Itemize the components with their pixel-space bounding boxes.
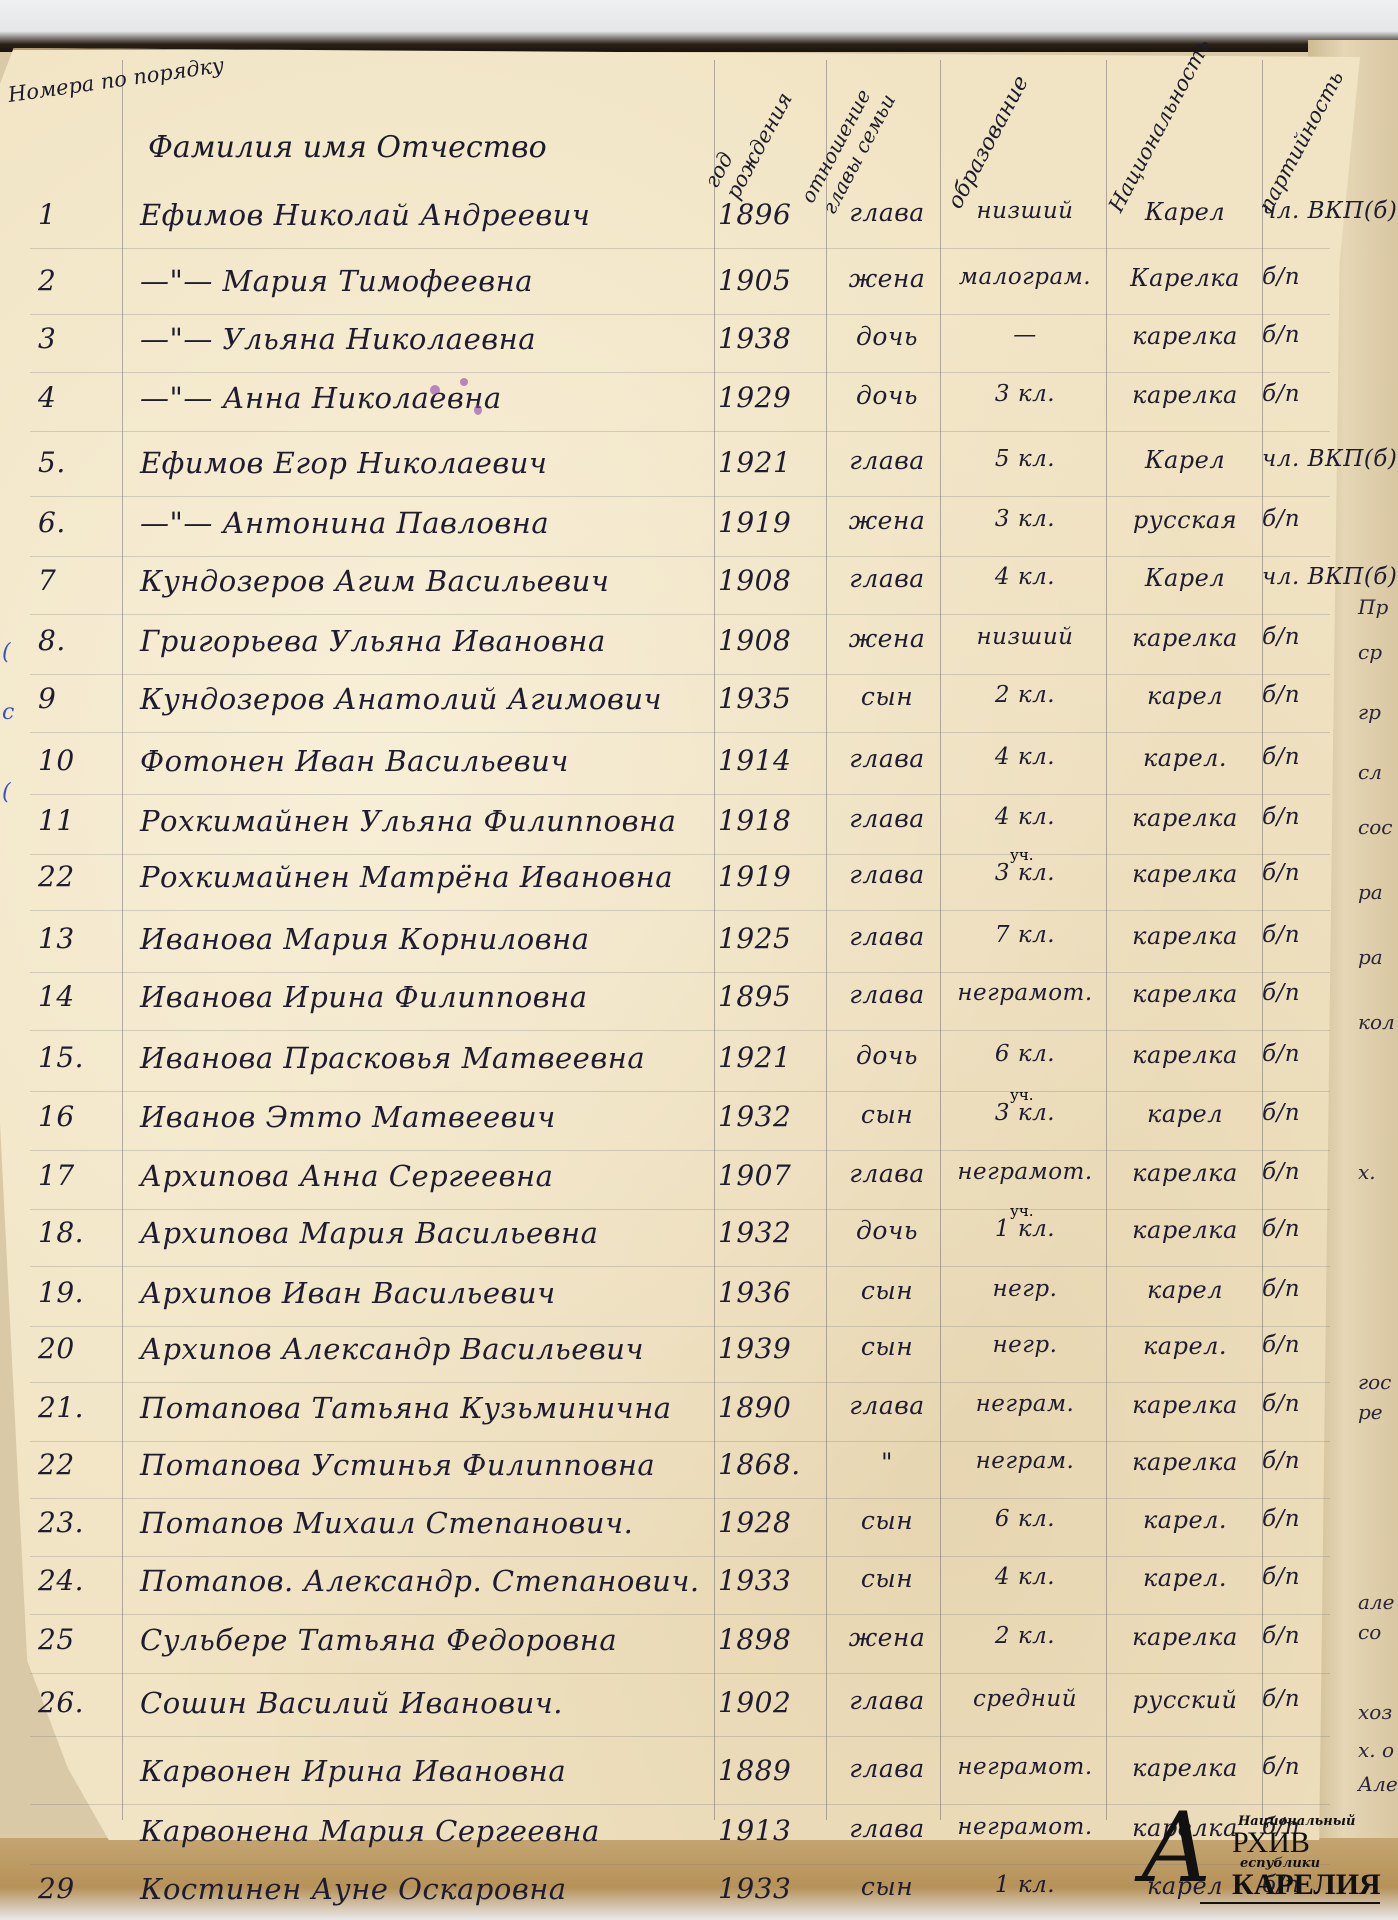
row-rule — [30, 431, 1330, 432]
nationality: карелка — [1110, 980, 1260, 1008]
table-row: 23.Потапов Михаил Степанович.1928сын6 кл… — [0, 1500, 1360, 1554]
person-name: Потапов Михаил Степанович. — [140, 1506, 710, 1540]
person-name: Кундозеров Агим Васильевич — [140, 564, 710, 598]
birth-year: 1935 — [718, 682, 818, 715]
row-number: 13 — [38, 922, 118, 955]
relation-to-head: сын — [832, 682, 942, 711]
education-note: уч. — [1010, 1086, 1034, 1104]
party-membership: б/п — [1262, 1332, 1362, 1358]
row-number: 1 — [38, 198, 118, 231]
nationality: карелка — [1110, 381, 1260, 409]
nationality: карелка — [1110, 860, 1260, 888]
margin-note-fragment: але — [1358, 1590, 1395, 1614]
person-name: Архипов Александр Васильевич — [140, 1332, 710, 1366]
row-number: 22 — [38, 860, 118, 893]
person-name: Архипова Мария Васильевна — [140, 1216, 710, 1250]
person-name: —"— Ульяна Николаевна — [140, 322, 710, 356]
row-number: 3 — [38, 322, 118, 355]
table-row: 24.Потапов. Александр. Степанович.1933сы… — [0, 1558, 1360, 1612]
education: 6 кл. — [945, 1041, 1105, 1067]
table-row: 18.Архипова Мария Васильевна1932дочь1 кл… — [0, 1210, 1360, 1264]
birth-year: 1896 — [718, 198, 818, 231]
row-number: 10 — [38, 744, 118, 777]
party-membership: б/п — [1262, 1276, 1362, 1302]
header-name: Фамилия имя Отчество — [148, 130, 547, 165]
row-rule — [30, 1091, 1330, 1092]
row-rule — [30, 372, 1330, 373]
nationality: Карелка — [1110, 264, 1260, 292]
person-name: Костинен Ауне Оскаровна — [140, 1872, 710, 1906]
relation-to-head: сын — [832, 1100, 942, 1129]
margin-note-fragment: Алек — [1358, 1772, 1398, 1796]
education: низший — [945, 624, 1105, 650]
relation-to-head: жена — [832, 1623, 942, 1652]
table-row: 4—"— Анна Николаевна1929дочь3 кл.карелка… — [0, 375, 1360, 429]
margin-note-fragment: ср — [1358, 640, 1382, 664]
row-number: 17 — [38, 1159, 118, 1192]
row-number: 24. — [38, 1564, 118, 1597]
nationality: карелка — [1110, 624, 1260, 652]
margin-note-fragment: гос — [1358, 1370, 1391, 1394]
birth-year: 1889 — [718, 1754, 818, 1787]
relation-to-head: глава — [832, 198, 942, 227]
relation-to-head: глава — [832, 1814, 942, 1843]
table-row: 21.Потапова Татьяна Кузьминична1890глава… — [0, 1385, 1360, 1439]
row-rule — [30, 1614, 1330, 1615]
party-membership: б/п — [1262, 322, 1362, 348]
party-membership: чл. ВКП(б) — [1262, 198, 1362, 224]
margin-note-fragment: х. — [1358, 1160, 1376, 1184]
education: 4 кл. — [945, 744, 1105, 770]
education: — — [945, 322, 1105, 348]
person-name: —"— Анна Николаевна — [140, 381, 710, 415]
person-name: Карвонена Мария Сергеевна — [140, 1814, 710, 1848]
relation-to-head: сын — [832, 1332, 942, 1361]
party-membership: б/п — [1262, 624, 1362, 650]
relation-to-head: жена — [832, 624, 942, 653]
birth-year: 1902 — [718, 1686, 818, 1719]
row-rule — [30, 1804, 1330, 1805]
person-name: Иванова Мария Корниловна — [140, 922, 710, 956]
person-name: —"— Мария Тимофеевна — [140, 264, 710, 298]
archive-watermark-logo: А Национальный РХИВ еспублики КАРЕЛИЯ — [1140, 1800, 1390, 1910]
person-name: Иванов Этто Матвеевич — [140, 1100, 710, 1134]
party-membership: б/п — [1262, 1448, 1362, 1474]
relation-to-head: глава — [832, 446, 942, 475]
education: неграм. — [945, 1391, 1105, 1417]
nationality: карел — [1110, 1100, 1260, 1128]
row-rule — [30, 556, 1330, 557]
person-name: Потапова Татьяна Кузьминична — [140, 1391, 710, 1425]
person-name: Иванова Ирина Филипповна — [140, 980, 710, 1014]
row-rule — [30, 794, 1330, 795]
birth-year: 1895 — [718, 980, 818, 1013]
row-number: 18. — [38, 1216, 118, 1249]
table-row: 13Иванова Мария Корниловна1925глава7 кл.… — [0, 916, 1360, 970]
party-membership: б/п — [1262, 980, 1362, 1006]
relation-to-head: глава — [832, 1754, 942, 1783]
table-row: 2—"— Мария Тимофеевна1905женамалограм.Ка… — [0, 258, 1360, 312]
row-number: 14 — [38, 980, 118, 1013]
education: 3 кл. — [945, 506, 1105, 532]
table-row: 14Иванова Ирина Филипповна1895главанегра… — [0, 974, 1360, 1028]
margin-note-fragment: ра — [1358, 945, 1383, 969]
party-membership: б/п — [1262, 1041, 1362, 1067]
person-name: Ефимов Егор Николаевич — [140, 446, 710, 480]
education: 7 кл. — [945, 922, 1105, 948]
person-name: Архипов Иван Васильевич — [140, 1276, 710, 1310]
education: малограм. — [945, 264, 1105, 290]
person-name: Фотонен Иван Васильевич — [140, 744, 710, 778]
education: низший — [945, 198, 1105, 224]
party-membership: б/п — [1262, 1391, 1362, 1417]
ink-stain — [430, 385, 440, 395]
row-rule — [30, 1864, 1330, 1865]
ink-stain — [460, 378, 468, 386]
relation-to-head: глава — [832, 1159, 942, 1188]
margin-note-fragment: ра — [1358, 880, 1383, 904]
blue-pencil-mark: ( — [2, 780, 11, 805]
row-rule — [30, 496, 1330, 497]
relation-to-head: дочь — [832, 322, 942, 351]
relation-to-head: " — [832, 1448, 942, 1477]
education-note: уч. — [1010, 846, 1034, 864]
relation-to-head: дочь — [832, 1041, 942, 1070]
row-number: 4 — [38, 381, 118, 414]
table-row: 15.Иванова Прасковья Матвеевна1921дочь6 … — [0, 1035, 1360, 1089]
education: 6 кл. — [945, 1506, 1105, 1532]
row-number: 19. — [38, 1276, 118, 1309]
margin-note-fragment: со — [1358, 1620, 1381, 1644]
birth-year: 1928 — [718, 1506, 818, 1539]
education: неграм. — [945, 1448, 1105, 1474]
person-name: Кундозеров Анатолий Агимович — [140, 682, 710, 716]
nationality: карелка — [1110, 804, 1260, 832]
education: 4 кл. — [945, 804, 1105, 830]
education: неграмот. — [945, 1814, 1105, 1840]
nationality: карел. — [1110, 1506, 1260, 1534]
row-number: 25 — [38, 1623, 118, 1656]
row-rule — [30, 1498, 1330, 1499]
relation-to-head: глава — [832, 1686, 942, 1715]
person-name: Иванова Прасковья Матвеевна — [140, 1041, 710, 1075]
birth-year: 1925 — [718, 922, 818, 955]
birth-year: 1921 — [718, 1041, 818, 1074]
row-rule — [30, 614, 1330, 615]
education: 4 кл. — [945, 1564, 1105, 1590]
row-rule — [30, 1266, 1330, 1267]
nationality: карелка — [1110, 922, 1260, 950]
nationality: карелка — [1110, 1391, 1260, 1419]
relation-to-head: глава — [832, 804, 942, 833]
nationality: Карел — [1110, 446, 1260, 474]
education: негр. — [945, 1332, 1105, 1358]
row-rule — [30, 732, 1330, 733]
nationality: русская — [1110, 506, 1260, 534]
row-number: 5. — [38, 446, 118, 479]
blue-pencil-mark: c — [2, 700, 14, 725]
table-row: 22Рохкимайнен Матрёна Ивановна1919глава3… — [0, 854, 1360, 908]
birth-year: 1921 — [718, 446, 818, 479]
person-name: Потапов. Александр. Степанович. — [140, 1564, 710, 1598]
relation-to-head: сын — [832, 1564, 942, 1593]
person-name: Архипова Анна Сергеевна — [140, 1159, 710, 1193]
row-rule — [30, 1382, 1330, 1383]
nationality: карел. — [1110, 1564, 1260, 1592]
education: 4 кл. — [945, 564, 1105, 590]
row-number: 20 — [38, 1332, 118, 1365]
row-rule — [30, 1150, 1330, 1151]
education: негр. — [945, 1276, 1105, 1302]
education: неграмот. — [945, 980, 1105, 1006]
birth-year: 1898 — [718, 1623, 818, 1656]
row-number: 26. — [38, 1686, 118, 1719]
birth-year: 1919 — [718, 860, 818, 893]
margin-note-fragment: сл — [1358, 760, 1382, 784]
education: 5 кл. — [945, 446, 1105, 472]
relation-to-head: глава — [832, 744, 942, 773]
party-membership: б/п — [1262, 264, 1362, 290]
person-name: Сульбере Татьяна Федоровна — [140, 1623, 710, 1657]
birth-year: 1905 — [718, 264, 818, 297]
education: 2 кл. — [945, 1623, 1105, 1649]
logo-line-2: РХИВ — [1232, 1826, 1310, 1860]
row-rule — [30, 1556, 1330, 1557]
relation-to-head: сын — [832, 1506, 942, 1535]
birth-year: 1919 — [718, 506, 818, 539]
birth-year: 1908 — [718, 564, 818, 597]
person-name: Рохкимайнен Ульяна Филипповна — [140, 804, 710, 838]
ink-stain — [474, 405, 482, 415]
education: неграмот. — [945, 1754, 1105, 1780]
table-row: 11Рохкимайнен Ульяна Филипповна1918глава… — [0, 798, 1360, 852]
nationality: карелка — [1110, 1448, 1260, 1476]
education-note: уч. — [1010, 1202, 1034, 1220]
nationality: Карел — [1110, 198, 1260, 226]
party-membership: б/п — [1262, 1100, 1362, 1126]
party-membership: б/п — [1262, 381, 1362, 407]
relation-to-head: глава — [832, 564, 942, 593]
margin-note-fragment: х. о — [1358, 1738, 1394, 1762]
birth-year: 1918 — [718, 804, 818, 837]
birth-year: 1890 — [718, 1391, 818, 1424]
table-row: 19.Архипов Иван Васильевич1936сыннегр.ка… — [0, 1270, 1360, 1324]
margin-note-fragment: ре — [1358, 1400, 1383, 1424]
row-number: 2 — [38, 264, 118, 297]
logo-line-4: КАРЕЛИЯ — [1232, 1868, 1381, 1902]
nationality: Карел — [1110, 564, 1260, 592]
table-row: 16Иванов Этто Матвеевич1932сын3 кл.уч.ка… — [0, 1094, 1360, 1148]
education: средний — [945, 1686, 1105, 1712]
row-rule — [30, 910, 1330, 911]
nationality: карелка — [1110, 1754, 1260, 1782]
relation-to-head: сын — [832, 1276, 942, 1305]
archive-monogram: А — [1140, 1800, 1213, 1896]
education: неграмот. — [945, 1159, 1105, 1185]
relation-to-head: глава — [832, 1391, 942, 1420]
table-row: 7Кундозеров Агим Васильевич1908глава4 кл… — [0, 558, 1360, 612]
birth-year: 1939 — [718, 1332, 818, 1365]
birth-year: 1936 — [718, 1276, 818, 1309]
margin-note-fragment: гр — [1358, 700, 1381, 724]
party-membership: б/п — [1262, 1564, 1362, 1590]
row-number: 21. — [38, 1391, 118, 1424]
person-name: Григорьева Ульяна Ивановна — [140, 624, 710, 658]
relation-to-head: глава — [832, 922, 942, 951]
row-number: 7 — [38, 564, 118, 597]
relation-to-head: сын — [832, 1872, 942, 1901]
party-membership: б/п — [1262, 1623, 1362, 1649]
margin-note-fragment: Пр — [1358, 595, 1388, 619]
nationality: карелка — [1110, 322, 1260, 350]
table-row: 6.—"— Антонина Павловна1919жена3 кл.русс… — [0, 500, 1360, 554]
table-row: 20Архипов Александр Васильевич1939сыннег… — [0, 1326, 1360, 1380]
row-rule — [30, 1736, 1330, 1737]
logo-rule — [1200, 1902, 1380, 1904]
birth-year: 1907 — [718, 1159, 818, 1192]
row-rule — [30, 248, 1330, 249]
table-row: 25Сульбере Татьяна Федоровна1898жена2 кл… — [0, 1617, 1360, 1671]
table-row: 22Потапова Устинья Филипповна1868."негра… — [0, 1442, 1360, 1496]
party-membership: б/п — [1262, 922, 1362, 948]
margin-note-fragment: сос — [1358, 815, 1392, 839]
education: 3 кл. — [945, 381, 1105, 407]
relation-to-head: глава — [832, 980, 942, 1009]
nationality: карелка — [1110, 1623, 1260, 1651]
table-row: 17Архипова Анна Сергеевна1907главанеграм… — [0, 1153, 1360, 1207]
relation-to-head: глава — [832, 860, 942, 889]
row-rule — [30, 674, 1330, 675]
row-number: 29 — [38, 1872, 118, 1905]
party-membership: чл. ВКП(б) — [1262, 564, 1362, 590]
party-membership: б/п — [1262, 744, 1362, 770]
row-number: 22 — [38, 1448, 118, 1481]
row-number: 23. — [38, 1506, 118, 1539]
nationality: русский — [1110, 1686, 1260, 1714]
table-row: 3—"— Ульяна Николаевна1938дочь—карелкаб/… — [0, 316, 1360, 370]
row-number: 6. — [38, 506, 118, 539]
nationality: карел. — [1110, 1332, 1260, 1360]
party-membership: б/п — [1262, 1159, 1362, 1185]
blue-pencil-mark: ( — [2, 640, 11, 665]
table-row: 8.Григорьева Ульяна Ивановна1908женанизш… — [0, 618, 1360, 672]
row-number: 11 — [38, 804, 118, 837]
row-rule — [30, 1030, 1330, 1031]
table-row: 1Ефимов Николай Андреевич1896главанизший… — [0, 192, 1360, 246]
row-rule — [30, 1673, 1330, 1674]
birth-year: 1914 — [718, 744, 818, 777]
table-row: 10Фотонен Иван Васильевич1914глава4 кл.к… — [0, 738, 1360, 792]
table-row: 5.Ефимов Егор Николаевич1921глава5 кл.Ка… — [0, 440, 1360, 494]
party-membership: б/п — [1262, 682, 1362, 708]
table-row: 9Кундозеров Анатолий Агимович1935сын2 кл… — [0, 676, 1360, 730]
person-name: Рохкимайнен Матрёна Ивановна — [140, 860, 710, 894]
birth-year: 1908 — [718, 624, 818, 657]
birth-year: 1868. — [718, 1448, 818, 1481]
relation-to-head: жена — [832, 506, 942, 535]
birth-year: 1933 — [718, 1564, 818, 1597]
nationality: карелка — [1110, 1216, 1260, 1244]
party-membership: б/п — [1262, 1686, 1362, 1712]
row-rule — [30, 972, 1330, 973]
party-membership: б/п — [1262, 860, 1362, 886]
party-membership: б/п — [1262, 1506, 1362, 1532]
table-row: 26.Сошин Василий Иванович.1902главасредн… — [0, 1680, 1360, 1734]
nationality: карел — [1110, 1276, 1260, 1304]
row-number: 15. — [38, 1041, 118, 1074]
nationality: карел. — [1110, 744, 1260, 772]
party-membership: б/п — [1262, 1754, 1362, 1780]
nationality: карелка — [1110, 1159, 1260, 1187]
person-name: Сошин Василий Иванович. — [140, 1686, 710, 1720]
relation-to-head: жена — [832, 264, 942, 293]
margin-note-fragment: кол — [1358, 1010, 1395, 1034]
birth-year: 1929 — [718, 381, 818, 414]
party-membership: б/п — [1262, 506, 1362, 532]
birth-year: 1933 — [718, 1872, 818, 1905]
birth-year: 1932 — [718, 1216, 818, 1249]
person-name: Потапова Устинья Филипповна — [140, 1448, 710, 1482]
party-membership: чл. ВКП(б) — [1262, 446, 1362, 472]
birth-year: 1913 — [718, 1814, 818, 1847]
person-name: Ефимов Николай Андреевич — [140, 198, 710, 232]
margin-note-fragment: хоз — [1358, 1700, 1392, 1724]
nationality: карелка — [1110, 1041, 1260, 1069]
relation-to-head: дочь — [832, 381, 942, 410]
person-name: —"— Антонина Павловна — [140, 506, 710, 540]
birth-year: 1932 — [718, 1100, 818, 1133]
education: 2 кл. — [945, 682, 1105, 708]
row-number: 8. — [38, 624, 118, 657]
relation-to-head: дочь — [832, 1216, 942, 1245]
education: 1 кл. — [945, 1872, 1105, 1898]
party-membership: б/п — [1262, 804, 1362, 830]
party-membership: б/п — [1262, 1216, 1362, 1242]
nationality: карел — [1110, 682, 1260, 710]
birth-year: 1938 — [718, 322, 818, 355]
person-name: Карвонен Ирина Ивановна — [140, 1754, 710, 1788]
row-rule — [30, 314, 1330, 315]
row-number: 9 — [38, 682, 118, 715]
row-number: 16 — [38, 1100, 118, 1133]
